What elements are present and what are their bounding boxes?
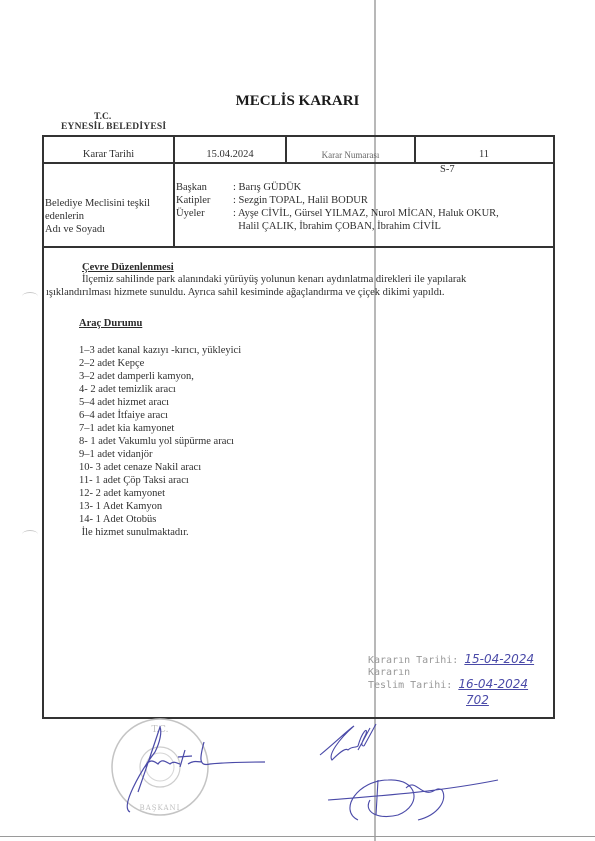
issuer-tc: T.C.: [94, 112, 111, 122]
list-item: 11- 1 adet Çöp Taksi aracı: [79, 474, 241, 487]
vehicle-list: 1–3 adet kanal kazıyı -kırıcı, yükleyici…: [79, 344, 241, 539]
list-item: 9–1 adet vidanjör: [79, 448, 241, 461]
member-role: Katipler: [176, 194, 233, 207]
list-item: 6–4 adet İtfaiye aracı: [79, 409, 241, 422]
stamp-delivery-date-row: Teslim Tarihi: 16-04-2024: [368, 677, 534, 693]
issuer-municipality: EYNESİL BELEDİYESİ: [61, 122, 166, 132]
section-title-environment: Çevre Düzenlenmesi: [82, 262, 174, 273]
member-names: Halil ÇALIK, İbrahim ÇOBAN, İbrahim CİVİ…: [233, 220, 441, 233]
session-code: S-7: [440, 164, 455, 175]
section-title-vehicles: Araç Durumu: [79, 318, 142, 329]
table-row-divider: [42, 162, 555, 164]
punch-hole-mark: [22, 530, 38, 539]
paragraph-line: ışıklandırılması hizmete sunuldu. Ayrıca…: [46, 287, 546, 300]
label-line: edenlerin: [45, 210, 150, 223]
list-item: 7–1 adet kia kamyonet: [79, 422, 241, 435]
member-row-members-cont: Halil ÇALIK, İbrahim ÇOBAN, İbrahim CİVİ…: [176, 220, 499, 233]
paragraph-line: İlçemiz sahilinde park alanındaki yürüyü…: [46, 274, 546, 287]
list-item: 8- 1 adet Vakumlu yol süpürme aracı: [79, 435, 241, 448]
decision-number-value: 11: [416, 149, 552, 160]
decision-date-value: 15.04.2024: [175, 149, 285, 160]
stamp-reference-row: 702: [368, 693, 534, 709]
handwritten-decision-date: 15-04-2024: [464, 652, 534, 666]
list-item: 14- 1 Adet Otobüs: [79, 513, 241, 526]
environment-paragraph: İlçemiz sahilinde park alanındaki yürüyü…: [46, 274, 546, 299]
member-role: Başkan: [176, 181, 233, 194]
handwritten-delivery-date: 16-04-2024: [458, 677, 528, 691]
vehicle-items: 1–3 adet kanal kazıyı -kırıcı, yükleyici…: [79, 344, 241, 526]
decision-date-label: Karar Tarihi: [44, 149, 173, 160]
member-role: Üyeler: [176, 207, 233, 220]
council-members-label: Belediye Meclisini teşkil edenlerin Adı …: [45, 197, 150, 236]
list-item: 1–3 adet kanal kazıyı -kırıcı, yükleyici: [79, 344, 241, 357]
closing-sentence: İle hizmet sunulmaktadır.: [79, 526, 241, 539]
stamp-decision-date-label: Kararın Tarihi:: [368, 655, 458, 666]
member-row-members: Üyeler : Ayşe CİVİL, Gürsel YILMAZ, Nuro…: [176, 207, 499, 220]
list-item: 10- 3 adet cenaze Nakil aracı: [79, 461, 241, 474]
list-item: 4- 2 adet temizlik aracı: [79, 383, 241, 396]
member-row-clerks: Katipler : Sezgin TOPAL, Halil BODUR: [176, 194, 499, 207]
table-row-divider: [42, 246, 555, 248]
list-item: 13- 1 Adet Kamyon: [79, 500, 241, 513]
label-line: Adı ve Soyadı: [45, 223, 150, 236]
scan-artifact-horizontal-line: [0, 836, 595, 837]
list-item: 3–2 adet damperli kamyon,: [79, 370, 241, 383]
member-row-chair: Başkan : Barış GÜDÜK: [176, 181, 499, 194]
punch-hole-mark: [22, 292, 38, 301]
list-item: 2–2 adet Kepçe: [79, 357, 241, 370]
decision-number-label: Karar Numarası: [287, 150, 414, 160]
council-members-list: Başkan : Barış GÜDÜK Katipler : Sezgin T…: [176, 181, 499, 233]
stamp-delivery-label-1: Kararın: [368, 668, 534, 677]
receipt-stamp: Kararın Tarihi: 15-04-2024 Kararın Tesli…: [368, 652, 534, 709]
handwritten-reference-number: 702: [466, 693, 489, 707]
member-names: : Ayşe CİVİL, Gürsel YILMAZ, Nurol MİCAN…: [233, 207, 499, 220]
list-item: 12- 2 adet kamyonet: [79, 487, 241, 500]
label-line: Belediye Meclisini teşkil: [45, 197, 150, 210]
member-role: [176, 220, 233, 233]
member-names: : Barış GÜDÜK: [233, 181, 301, 194]
stamp-decision-date-row: Kararın Tarihi: 15-04-2024: [368, 652, 534, 668]
document-title: MECLİS KARARI: [0, 93, 595, 110]
list-item: 5–4 adet hizmet aracı: [79, 396, 241, 409]
clerk-signature-icon: [318, 720, 508, 830]
mayor-signature-icon: [100, 712, 300, 822]
member-names: : Sezgin TOPAL, Halil BODUR: [233, 194, 368, 207]
stamp-delivery-label-2: Teslim Tarihi:: [368, 680, 452, 691]
